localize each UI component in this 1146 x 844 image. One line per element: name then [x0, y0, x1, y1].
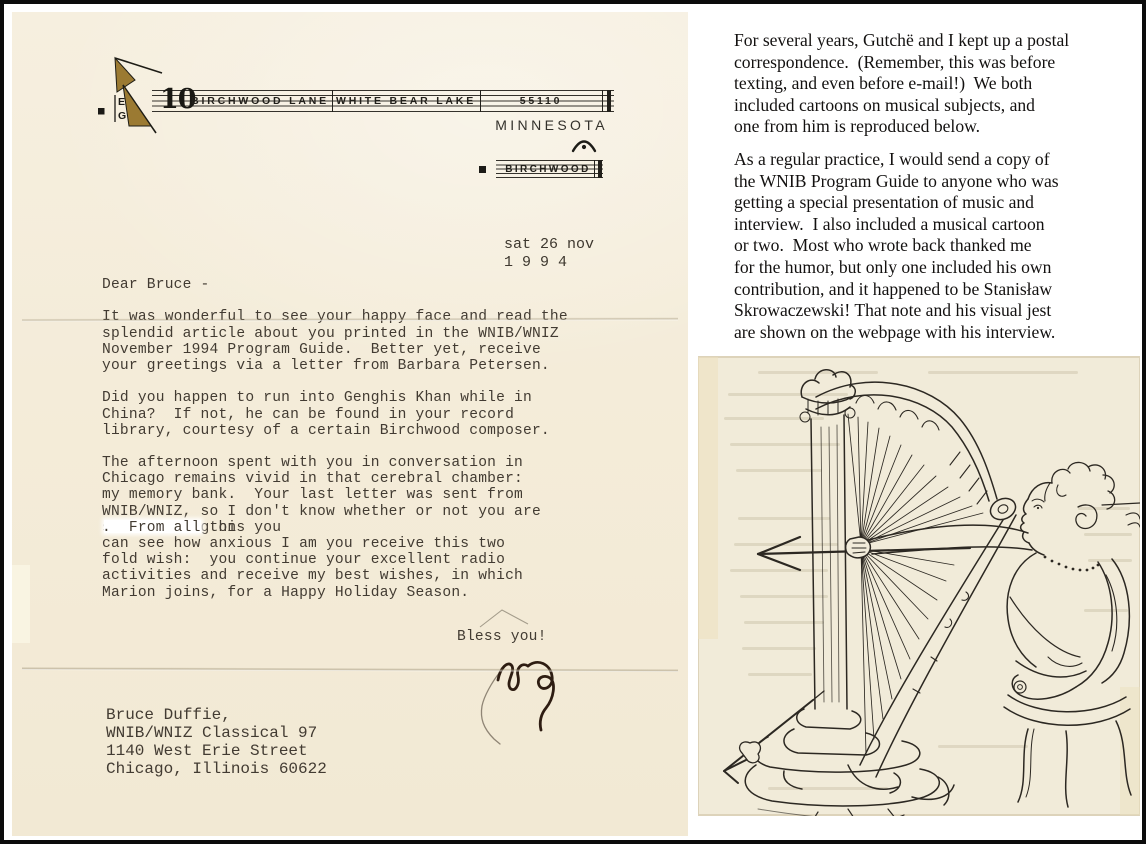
scanned-letter-collage: E G 10 BIRCHWOOD LANE WHITE BEAR LAKE 55… — [0, 0, 1146, 844]
commentary-line: correspondence. (Remember, this was befo… — [734, 52, 1126, 74]
commentary-line: interview. I also included a musical car… — [734, 214, 1126, 236]
state-label: MINNESOTA — [460, 117, 608, 133]
commentary-panel: For several years, Gutchë and I kept up … — [692, 4, 1142, 840]
letter-body: Dear Bruce - It was wonderful to see you… — [102, 277, 677, 309]
commentary-line: For several years, Gutchë and I kept up … — [734, 30, 1126, 52]
sender-address-block: Bruce Duffie, WNIB/WNIZ Classical 97 114… — [106, 706, 327, 778]
address-line: Bruce Duffie, — [106, 706, 327, 724]
typed-line: China? If not, he can be found in your r… — [102, 407, 568, 423]
date-block: sat 26 nov 1 9 9 4 — [504, 200, 558, 272]
barline — [480, 90, 481, 112]
commentary-line: are shown on the webpage with his interv… — [734, 322, 1126, 344]
salutation: Dear Bruce - — [102, 277, 677, 293]
typed-line: fold wish: you continue your excellent r… — [102, 552, 568, 568]
typed-line: The afternoon spent with you in conversa… — [102, 455, 568, 471]
commentary-line: texting, and even before e-mail!) We bot… — [734, 73, 1126, 95]
letter-paragraphs: It was wonderful to see your happy face … — [102, 309, 568, 617]
hand — [846, 537, 871, 558]
square-note-icon — [98, 108, 105, 115]
typed-line: November 1994 Program Guide. Better yet,… — [102, 342, 568, 358]
logo-letter-e: E — [118, 96, 125, 108]
date-year: 1 9 9 4 — [504, 254, 567, 272]
typed-paragraph: Did you happen to run into Genghis Khan … — [102, 390, 568, 439]
final-barline-thin — [594, 160, 595, 178]
paper-edge-patch — [12, 565, 30, 643]
typed-line: WNIB/WNIZ, so I don't know whether or no… — [102, 504, 568, 520]
typed-line: your greetings via a letter from Barbara… — [102, 358, 568, 374]
signature-scribble — [442, 596, 597, 761]
date-line: sat 26 nov — [504, 236, 594, 254]
typed-line: splendid article about you printed in th… — [102, 326, 568, 342]
commentary-line: contribution, and it happened to be Stan… — [734, 279, 1126, 301]
final-barline-thick — [607, 90, 611, 112]
commentary-line: or two. Most who wrote back thanked me — [734, 235, 1126, 257]
tape-mark — [1120, 687, 1140, 815]
commentary-paragraph: For several years, Gutchë and I kept up … — [734, 30, 1126, 138]
commentary-line: for the humor, but only one included his… — [734, 257, 1126, 279]
square-note-icon — [479, 166, 486, 173]
typed-line: library, courtesy of a certain Birchwood… — [102, 423, 568, 439]
final-barline-thin — [602, 90, 603, 112]
letter-scan: E G 10 BIRCHWOOD LANE WHITE BEAR LAKE 55… — [12, 12, 688, 836]
commentary-line: Skrowaczewski! That note and his visual … — [734, 300, 1126, 322]
commentary-line: As a regular practice, I would send a co… — [734, 149, 1126, 171]
commentary-paragraph: As a regular practice, I would send a co… — [734, 149, 1126, 343]
commentary-text: For several years, Gutchë and I kept up … — [734, 30, 1126, 354]
letterhead-mini-staff: BIRCHWOOD — [496, 160, 603, 178]
address-line: Chicago, Illinois 60622 — [106, 760, 327, 778]
fermata-icon — [570, 136, 598, 153]
typed-line: Did you happen to run into Genghis Khan … — [102, 390, 568, 406]
street-label: BIRCHWOOD LANE — [188, 95, 332, 107]
typed-line: Chicago remains vivid in that cerebral c… — [102, 471, 568, 487]
typed-line: activities and receive my best wishes, i… — [102, 568, 568, 584]
typed-line: can see how anxious I am you receive thi… — [102, 536, 568, 552]
typed-line: my memory bank. Your last letter was sen… — [102, 487, 568, 503]
logo-letter-g: G — [118, 110, 126, 122]
tape-mark — [698, 357, 718, 639]
address-line: 1140 West Erie Street — [106, 742, 327, 760]
typed-paragraph: The afternoon spent with you in conversa… — [102, 455, 568, 601]
zip-label: 55110 — [480, 95, 602, 107]
commentary-line: the WNIB Program Guide to anyone who was — [734, 171, 1126, 193]
commentary-line: included cartoons on musical subjects, a… — [734, 95, 1126, 117]
barline — [332, 90, 333, 112]
letterhead-address-staff: 10 BIRCHWOOD LANE WHITE BEAR LAKE 55110 — [152, 90, 614, 112]
harp-cartoon — [698, 356, 1140, 816]
harp-cartoon-drawing — [698, 356, 1140, 816]
address-line: WNIB/WNIZ Classical 97 — [106, 724, 327, 742]
birchwood-label: BIRCHWOOD — [502, 164, 594, 176]
typed-line: still living on . From all this you — [102, 520, 568, 536]
commentary-line: one from him is reproduced below. — [734, 116, 1126, 138]
city-label: WHITE BEAR LAKE — [332, 95, 480, 107]
final-barline-thick — [598, 160, 602, 178]
commentary-line: getting a special presentation of music … — [734, 192, 1126, 214]
